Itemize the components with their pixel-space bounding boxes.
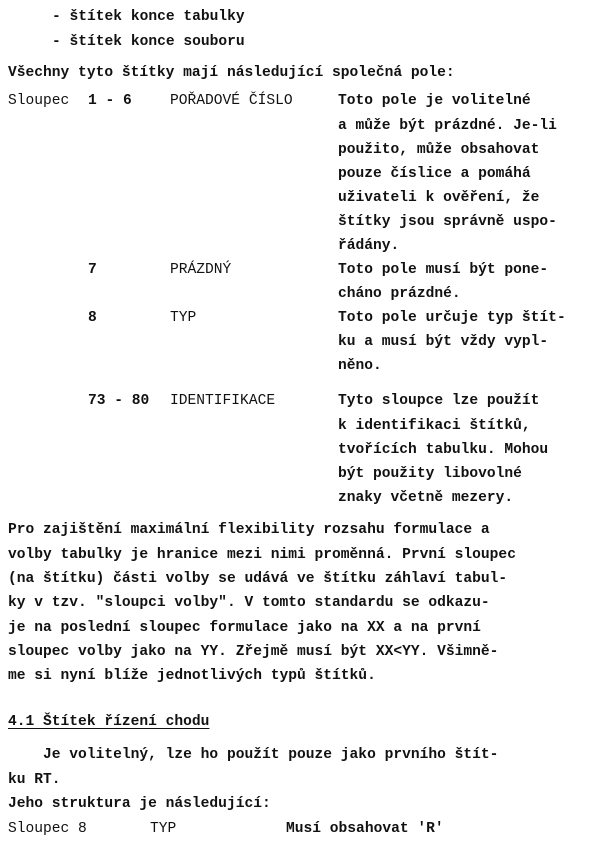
field-description: pouze číslice a pomáhá — [338, 165, 531, 183]
paragraph-line: Pro zajištění maximální flexibility rozs… — [8, 521, 490, 539]
paragraph-line: me si nyní blíže jednotlivých typů štítk… — [8, 667, 376, 685]
column-range: 73 - 80 — [88, 392, 149, 410]
field-name: IDENTIFIKACE — [170, 392, 275, 410]
structure-intro: Jeho struktura je následující: — [8, 795, 271, 813]
field-name: PRÁZDNÝ — [170, 261, 231, 279]
section-text: Je volitelný, lze ho použít pouze jako p… — [8, 746, 498, 764]
paragraph-line: ky v tzv. "sloupci volby". V tomto stand… — [8, 594, 490, 612]
field-description: a může být prázdné. Je-li — [338, 117, 557, 135]
field-description: tvořících tabulku. Mohou — [338, 441, 548, 459]
field-name: POŘADOVÉ ČÍSLO — [170, 92, 293, 110]
field-description: Toto pole je volitelné — [338, 92, 531, 110]
column-range: 1 - 6 — [88, 92, 132, 110]
field-description: uživateli k ověření, že — [338, 189, 539, 207]
section-heading: 4.1 Štítek řízení chodu — [8, 713, 209, 731]
field-name: TYP — [170, 309, 196, 327]
field-description: řádány. — [338, 237, 399, 255]
field-description: k identifikaci štítků, — [338, 417, 531, 435]
field-description: Toto pole musí být pone- — [338, 261, 548, 279]
column-label: Sloupec — [8, 92, 69, 110]
field-description: Musí obsahovat 'R' — [286, 820, 444, 838]
column-label: Sloupec 8 — [8, 820, 87, 838]
field-description: štítky jsou správně uspo- — [338, 213, 557, 231]
section-text: ku RT. — [8, 771, 61, 789]
field-description: být použity libovolné — [338, 465, 522, 483]
column-range: 8 — [88, 309, 97, 327]
bullet-item: - štítek konce souboru — [52, 33, 245, 51]
field-description: znaky včetně mezery. — [338, 489, 513, 507]
paragraph-line: (na štítku) části volby se udává ve štít… — [8, 570, 507, 588]
field-description: ku a musí být vždy vypl- — [338, 333, 548, 351]
paragraph-line: sloupec volby jako na YY. Zřejmě musí bý… — [8, 643, 498, 661]
paragraph-line: je na poslední sloupec formulace jako na… — [8, 619, 481, 637]
field-description: použito, může obsahovat — [338, 141, 539, 159]
field-description: Tyto sloupce lze použít — [338, 392, 539, 410]
paragraph-line: volby tabulky je hranice mezi nimi promě… — [8, 546, 516, 564]
bullet-item: - štítek konce tabulky — [52, 8, 245, 26]
column-range: 7 — [88, 261, 97, 279]
field-description: něno. — [338, 357, 382, 375]
field-description: Toto pole určuje typ štít- — [338, 309, 566, 327]
field-description: cháno prázdné. — [338, 285, 461, 303]
intro-text: Všechny tyto štítky mají následující spo… — [8, 64, 455, 82]
field-name: TYP — [150, 820, 176, 838]
